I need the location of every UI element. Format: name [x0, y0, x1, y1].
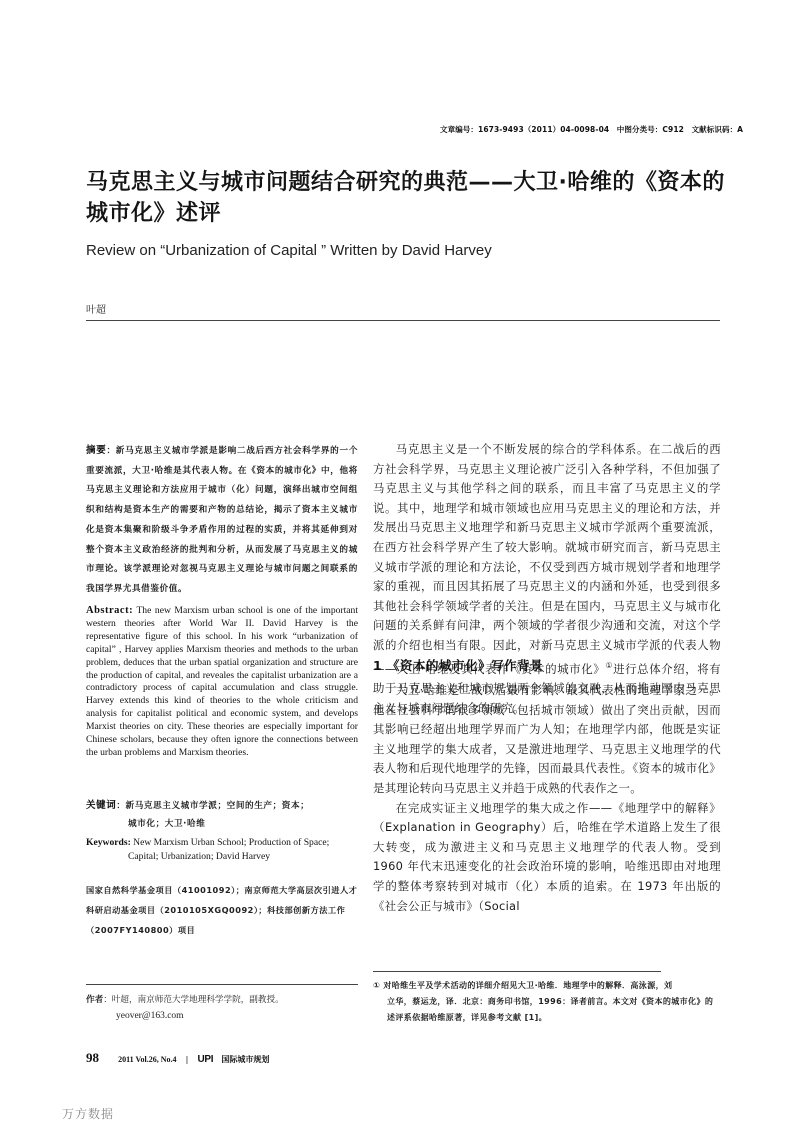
section-1-body: 大卫·哈维是二战以后最有影响、最具代表性的地理学家之一。他在社会科学的很多领域（…: [373, 681, 721, 916]
issue-info: 2011 Vol.26, No.4: [118, 1055, 176, 1064]
footnote-continuation: 立华，蔡运龙，译．北京：商务印书馆，1996：译者前言。本文对《资本的城市化》的…: [373, 994, 721, 1026]
author-email: yeover@163.com: [86, 1008, 358, 1024]
abstract-en-text: The new Marxism urban school is one of t…: [86, 605, 358, 758]
section-1-paragraph-2: 在完成实证主义地理学的集大成之作——《地理学中的解释》（Explanation …: [373, 799, 721, 917]
funding-note: 国家自然科学基金项目（41001092）；南京师范大学高层次引进人才科研启动基金…: [86, 881, 358, 940]
footnote-divider: [373, 971, 661, 972]
intro-text-a: 马克思主义是一个不断发展的综合的学科体系。在二战后的西方社会科学界，马克思主义理…: [373, 442, 721, 675]
abstract-en: Abstract: The new Marxism urban school i…: [86, 605, 358, 760]
abstract-en-label: Abstract:: [86, 605, 133, 616]
abstract-cn-label: 摘要: [86, 445, 106, 456]
article-meta-line: 文章编号：1673-9493（2011）04-0098-04 中图分类号：C91…: [440, 124, 743, 135]
keywords-en: Keywords: New Marxism Urban School; Prod…: [86, 836, 358, 863]
article-title-cn: 马克思主义与城市问题结合研究的典范——大卫·哈维的《资本的城市化》述评: [86, 167, 726, 229]
page-footer: 98 2011 Vol.26, No.4 | UPI 国际城市规划: [86, 1047, 269, 1066]
abstract-cn: 摘要：新马克思主义城市学派是影响二战后西方社会科学界的一个重要流派，大卫·哈维是…: [86, 441, 358, 600]
keywords-en-line2: Capital; Urbanization; David Harvey: [86, 850, 358, 864]
keywords-en-label: Keywords:: [86, 837, 131, 848]
author-note-divider: [86, 984, 358, 985]
abstract-cn-text: ：新马克思主义城市学派是影响二战后西方社会科学界的一个重要流派，大卫·哈维是其代…: [86, 446, 358, 594]
section-heading-1: 1 《资本的城市化》写作背景: [373, 656, 721, 674]
keywords-cn-line2: 城市化；大卫·哈维: [86, 815, 358, 833]
section-1-paragraph-1: 大卫·哈维是二战以后最有影响、最具代表性的地理学家之一。他在社会科学的很多领域（…: [373, 681, 721, 799]
author-note-label: 作者: [86, 995, 103, 1005]
wanfang-watermark: 万方数据: [62, 1105, 114, 1122]
journal-name: 国际城市规划: [221, 1055, 269, 1064]
article-title-en: Review on “Urbanization of Capital ” Wri…: [86, 242, 492, 259]
footnote: ① 对哈维生平及学术活动的详细介绍见大卫·哈维．地理学中的解释．高泳源，刘 立华…: [373, 978, 721, 1026]
footer-separator: |: [186, 1055, 189, 1064]
author-note: 作者：叶超，南京师范大学地理科学学院，副教授。 yeover@163.com: [86, 992, 358, 1024]
keywords-cn-label: 关键词: [86, 800, 116, 811]
keywords-cn-line1: ：新马克思主义城市学派；空间的生产；资本；: [116, 801, 309, 811]
keywords-cn: 关键词：新马克思主义城市学派；空间的生产；资本； 城市化；大卫·哈维: [86, 797, 358, 833]
footnote-line1: 对哈维生平及学术活动的详细介绍见大卫·哈维．地理学中的解释．高泳源，刘: [380, 981, 672, 990]
intro-paragraph: 马克思主义是一个不断发展的综合的学科体系。在二战后的西方社会科学界，马克思主义理…: [373, 440, 721, 718]
keywords-en-line1: New Marxism Urban School; Production of …: [131, 837, 330, 848]
page-number: 98: [86, 1050, 99, 1065]
header-divider: [86, 320, 720, 321]
author-note-text: ：叶超，南京师范大学地理科学学院，副教授。: [103, 995, 283, 1005]
upi-logo: UPI: [197, 1054, 213, 1065]
author-name: 叶超: [86, 301, 106, 316]
